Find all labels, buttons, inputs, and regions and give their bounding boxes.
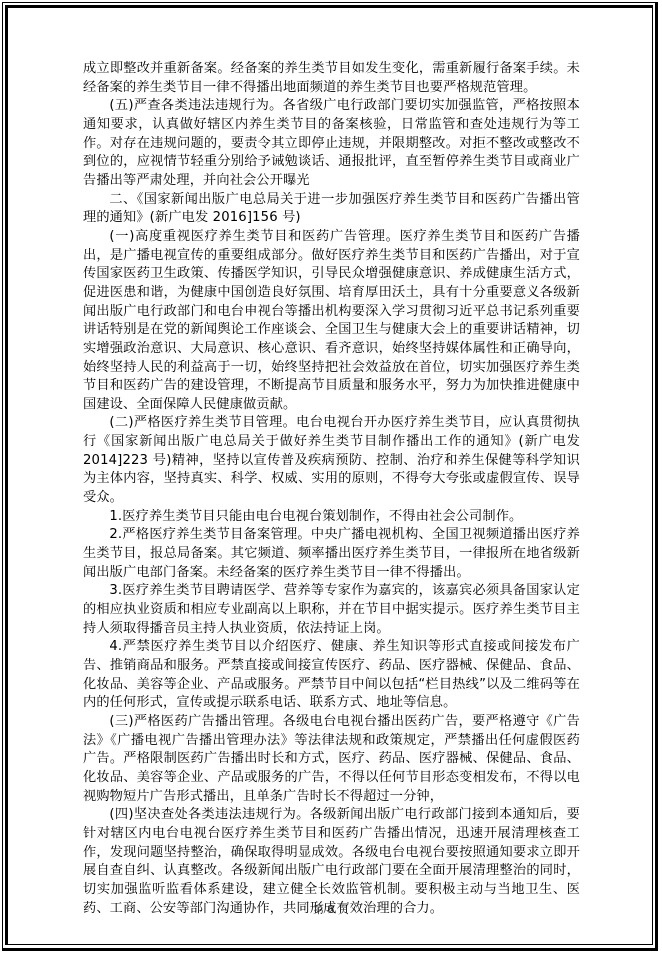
paragraph-section-2: (二)严格医疗养生类节目管理。电台电视台开办医疗养生类节目，应认真贯彻执行《国家… [83,414,580,507]
paragraph-heading-notice-2016-156: 二、《国家新闻出版广电总局关于进一步加强医疗养生类节目和医药广告播出管理的通知》… [83,191,580,228]
paragraph-section-3: (三)严格医药广告播出管理。各级电台电视台播出医药广告，要严格遵守《广告法》《广… [83,713,580,806]
paragraph-continuation: 成立即整改并重新备案。经备案的养生类节目如发生变化，需重新履行备案手续。未经备案… [83,60,580,97]
document-body: 成立即整改并重新备案。经备案的养生类节目如发生变化，需重新履行备案手续。未经备案… [83,60,580,918]
paragraph-section-4: (四)坚决查处各类违法违规行为。各级新闻出版广电行政部门接到本通知后，要针对辖区… [83,806,580,918]
paragraph-section-1: (一)高度重视医疗养生类节目和医药广告管理。医疗养生类节目和医药广告播出，是广播… [83,228,580,415]
paragraph-item-4: 4.严禁医疗养生类节目以介绍医疗、健康、养生知识等形式直接或间接发布广告、推销商… [83,638,580,713]
paragraph-item-2: 2.严格医疗养生类节目备案管理。中央广播电视机构、全国卫视频道播出医疗养生类节目… [83,526,580,582]
paragraph-item-1: 1.医疗养生类节目只能由电台电视台策划制作，不得由社会公司制作。 [83,508,580,527]
paragraph-item-3: 3.医疗养生类节目聘请医学、营养等专家作为嘉宾的，该嘉宾必须具备国家认定的相应执… [83,582,580,638]
paragraph-section-5: (五)严查各类违法违规行为。各省级广电行政部门要切实加强监管，严格按照本通知要求… [83,97,580,190]
page-number: 第 8 页 [0,903,662,917]
